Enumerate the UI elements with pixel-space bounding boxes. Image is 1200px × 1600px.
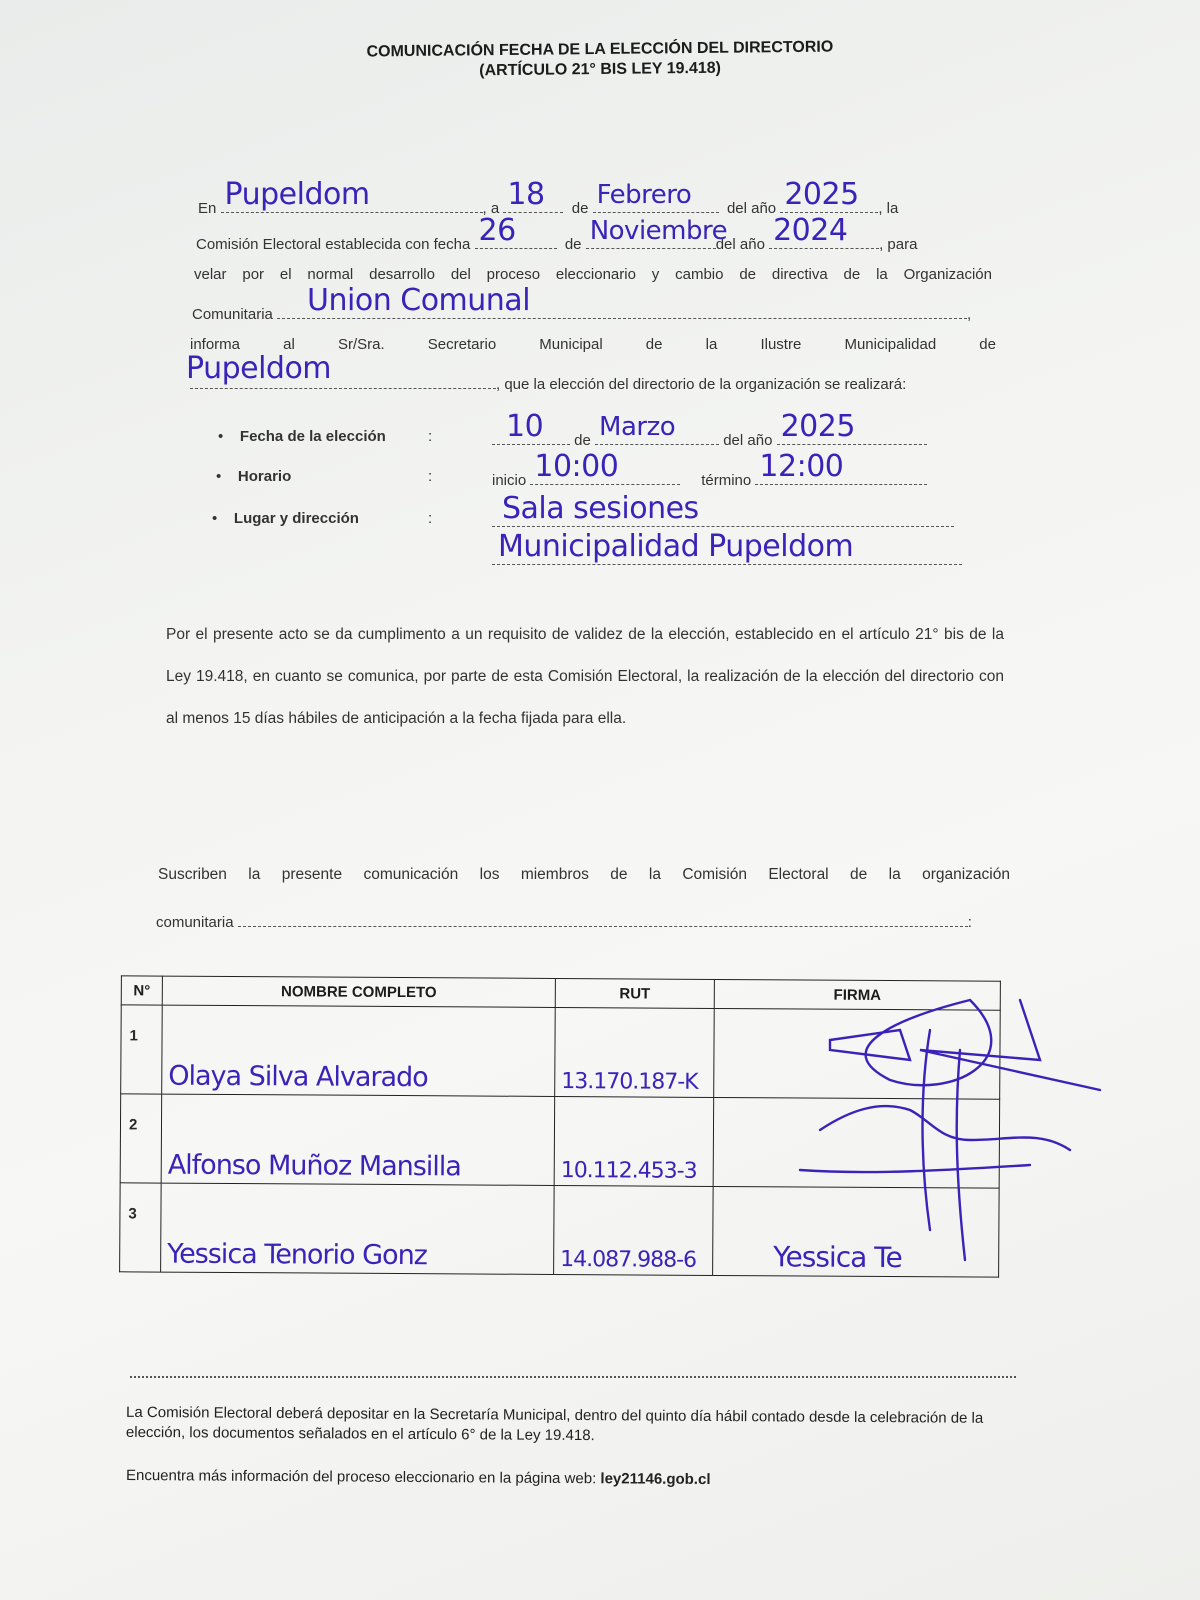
end-time-field[interactable]: 12:00 xyxy=(755,468,927,485)
place-field[interactable]: Pupeldom xyxy=(221,196,483,213)
signatories-intro: Suscriben la presente comunicación los m… xyxy=(158,866,1010,884)
commission-day-field[interactable]: 26 xyxy=(475,232,557,249)
location-row-2: Municipalidad Pupeldom xyxy=(492,548,962,569)
footer-note: La Comisión Electoral deberá depositar e… xyxy=(126,1403,1026,1449)
document-title: COMUNICACIÓN FECHA DE LA ELECCIÓN DEL DI… xyxy=(300,37,900,83)
election-date-row: • Fecha de la elección : 10 de Marzo del… xyxy=(218,428,386,445)
table-row: 3 Yessica Tenorio Gonz 14.087.988-6 Yess… xyxy=(120,1183,1000,1277)
validity-paragraph: Por el presente acto se da cumplimento a… xyxy=(166,614,1004,740)
election-month-field[interactable]: Marzo xyxy=(595,428,719,445)
header-name: NOMBRE COMPLETO xyxy=(162,976,555,1007)
municipality-field[interactable]: Pupeldom xyxy=(190,372,496,389)
header-rut: RUT xyxy=(555,978,714,1008)
organization-field[interactable]: Union Comunal xyxy=(277,302,967,319)
location-field-line2[interactable]: Municipalidad Pupeldom xyxy=(492,548,962,565)
signatories-org-line: comunitaria : xyxy=(156,910,972,931)
rut-cell[interactable]: 10.112.453-3 xyxy=(554,1096,714,1186)
signature-cell[interactable]: Yessica Te xyxy=(713,1186,1000,1277)
table-row: 2 Alfonso Muñoz Mansilla 10.112.453-3 xyxy=(120,1094,1000,1188)
header-number: N° xyxy=(121,976,162,1005)
commission-date-line: Comisión Electoral establecida con fecha… xyxy=(196,232,917,253)
election-year-field[interactable]: 2025 xyxy=(777,428,927,445)
document-page: COMUNICACIÓN FECHA DE LA ELECCIÓN DEL DI… xyxy=(0,0,1200,1600)
signatories-org-field[interactable] xyxy=(238,910,968,927)
signature-cell[interactable] xyxy=(714,1008,1001,1099)
footer-info: Encuentra más información del proceso el… xyxy=(126,1466,711,1490)
members-table: N° NOMBRE COMPLETO RUT FIRMA 1 Olaya Sil… xyxy=(119,975,1001,1277)
location-row: • Lugar y dirección : Sala sesiones xyxy=(212,510,359,527)
header-signature: FIRMA xyxy=(714,979,1000,1010)
rut-cell[interactable]: 14.087.988-6 xyxy=(554,1185,714,1275)
name-cell[interactable]: Alfonso Muñoz Mansilla xyxy=(161,1094,555,1185)
purpose-line: velar por el normal desarrollo del proce… xyxy=(194,266,992,283)
signature-cell[interactable] xyxy=(713,1097,1000,1188)
day-field[interactable]: 18 xyxy=(503,196,563,213)
name-cell[interactable]: Yessica Tenorio Gonz xyxy=(161,1183,555,1274)
schedule-row: • Horario : inicio 10:00 término 12:00 xyxy=(216,468,291,485)
rut-cell[interactable]: 13.170.187-K xyxy=(555,1007,715,1097)
website-link[interactable]: ley21146.gob.cl xyxy=(600,1470,710,1488)
name-cell[interactable]: Olaya Silva Alvarado xyxy=(162,1005,556,1096)
municipality-line: Pupeldom, que la elección del directorio… xyxy=(190,372,906,393)
election-day-field[interactable]: 10 xyxy=(492,428,570,445)
location-field-line1[interactable]: Sala sesiones xyxy=(492,510,954,527)
table-row: 1 Olaya Silva Alvarado 13.170.187-K xyxy=(121,1005,1001,1099)
start-time-field[interactable]: 10:00 xyxy=(530,468,680,485)
commission-month-field[interactable]: Noviembre xyxy=(586,232,716,249)
organization-line: Comunitaria Union Comunal, xyxy=(192,302,971,323)
year-field[interactable]: 2025 xyxy=(780,196,878,213)
footer-divider xyxy=(130,1376,1016,1378)
commission-year-field[interactable]: 2024 xyxy=(769,232,879,249)
month-field[interactable]: Febrero xyxy=(593,196,719,213)
